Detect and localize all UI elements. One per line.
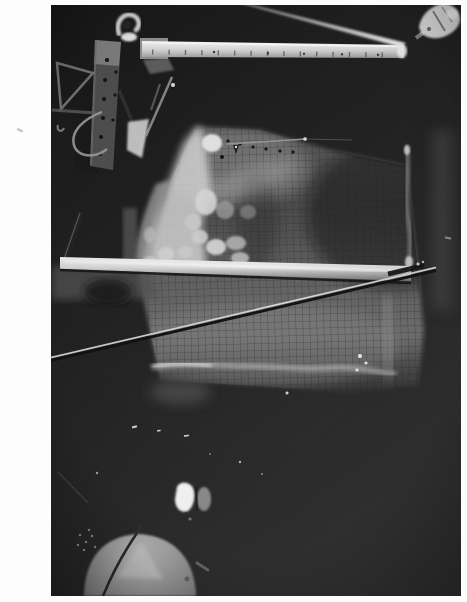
film-grain xyxy=(51,5,461,596)
photograph-plate: Laboratory ice-tank experiment photograp… xyxy=(0,0,467,602)
photo-image xyxy=(51,1,467,596)
photo-canvas xyxy=(0,0,467,602)
